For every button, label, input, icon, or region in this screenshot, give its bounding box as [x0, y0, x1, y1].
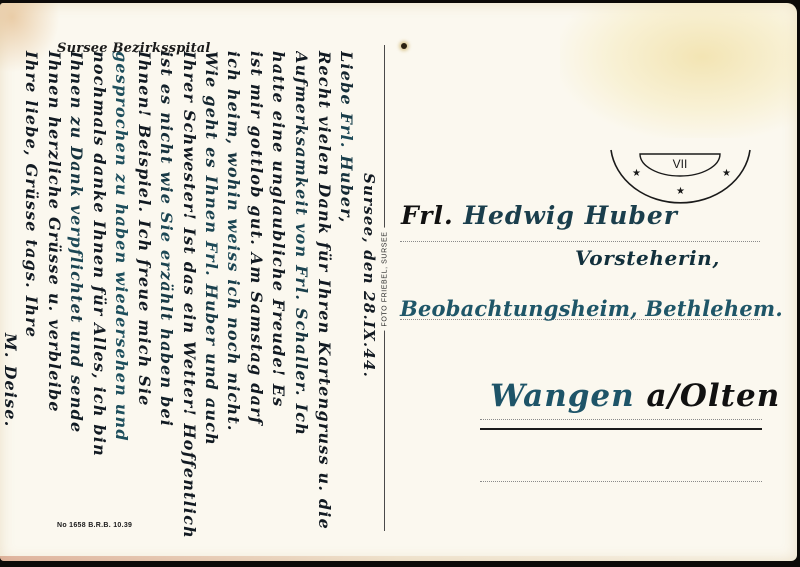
- message-line: Ihnen zu Dank verpflichtet und sende: [67, 51, 86, 433]
- address-dotted-line: [480, 481, 762, 482]
- pin-hole: [401, 43, 407, 49]
- address-dotted-line: [480, 419, 762, 420]
- worn-edge: [0, 556, 797, 561]
- message-line: ist mir gottlob gut. Am Samstag darf: [247, 51, 266, 425]
- message-signature: M. Deise.: [1, 333, 20, 428]
- message-line: Aufmerksamkeit von Frl. Schaller. Ich: [292, 51, 311, 436]
- message-dateline: Sursee, den 28.IX.44.: [360, 173, 378, 378]
- address-town: Wangen a/Olten: [490, 378, 780, 414]
- print-code: No 1658 B.R.B. 10.39: [57, 522, 132, 529]
- age-stain: [560, 3, 797, 138]
- address-dotted-line: [400, 241, 760, 242]
- address-underline: [480, 428, 762, 430]
- message-line: Ihrer Schwester! Ist das ein Wetter! Hof…: [180, 51, 199, 539]
- address-institution: Beobachtungsheim, Bethlehem.: [400, 296, 783, 321]
- postcard: Sursee Bezirksspital FOTO FRIEBEL, SURSE…: [0, 3, 797, 561]
- message-line: gesprochen zu haben wiedersehen und: [112, 51, 131, 442]
- star-icon: ★: [722, 168, 731, 179]
- message-line: hatte eine unglaubliche Freude! Es: [269, 51, 288, 407]
- star-icon: ★: [676, 186, 685, 197]
- address-recipient: Frl. Hedwig Huber: [401, 201, 678, 230]
- message-line: ich heim, wohin weiss ich noch nicht.: [224, 51, 243, 432]
- address-name: Hedwig Huber: [463, 201, 678, 230]
- message-line: Recht vielen Dank für Ihren Kartengruss …: [315, 51, 334, 530]
- address-town-name: Wangen: [490, 378, 635, 414]
- postmark-numeral: VII: [673, 157, 688, 171]
- address-title: Frl.: [401, 201, 454, 230]
- message-line: nochmals danke Ihnen für Alles, ich bin: [90, 51, 109, 457]
- address-role: Vorsteherin,: [575, 246, 720, 270]
- message-line: Ihnen herzliche Grüsse u. verbleibe: [45, 51, 64, 413]
- printed-title: Sursee Bezirksspital: [57, 41, 211, 56]
- address-town-suffix: a/Olten: [646, 378, 780, 414]
- message-line: Ihre liebe, Grüsse tags. Ihre: [22, 51, 41, 338]
- message-line: ist es nicht wie Sie erzählt haben bei: [157, 51, 176, 427]
- star-icon: ★: [632, 168, 641, 179]
- message-line: Liebe Frl. Huber,: [337, 51, 356, 224]
- photographer-credit: FOTO FRIEBEL, SURSEE: [382, 227, 389, 330]
- message-line: Wie geht es Ihnen Frl. Huber und auch: [202, 51, 221, 446]
- message-line: Ihnen! Beispiel. Ich freue mich Sie: [135, 51, 154, 407]
